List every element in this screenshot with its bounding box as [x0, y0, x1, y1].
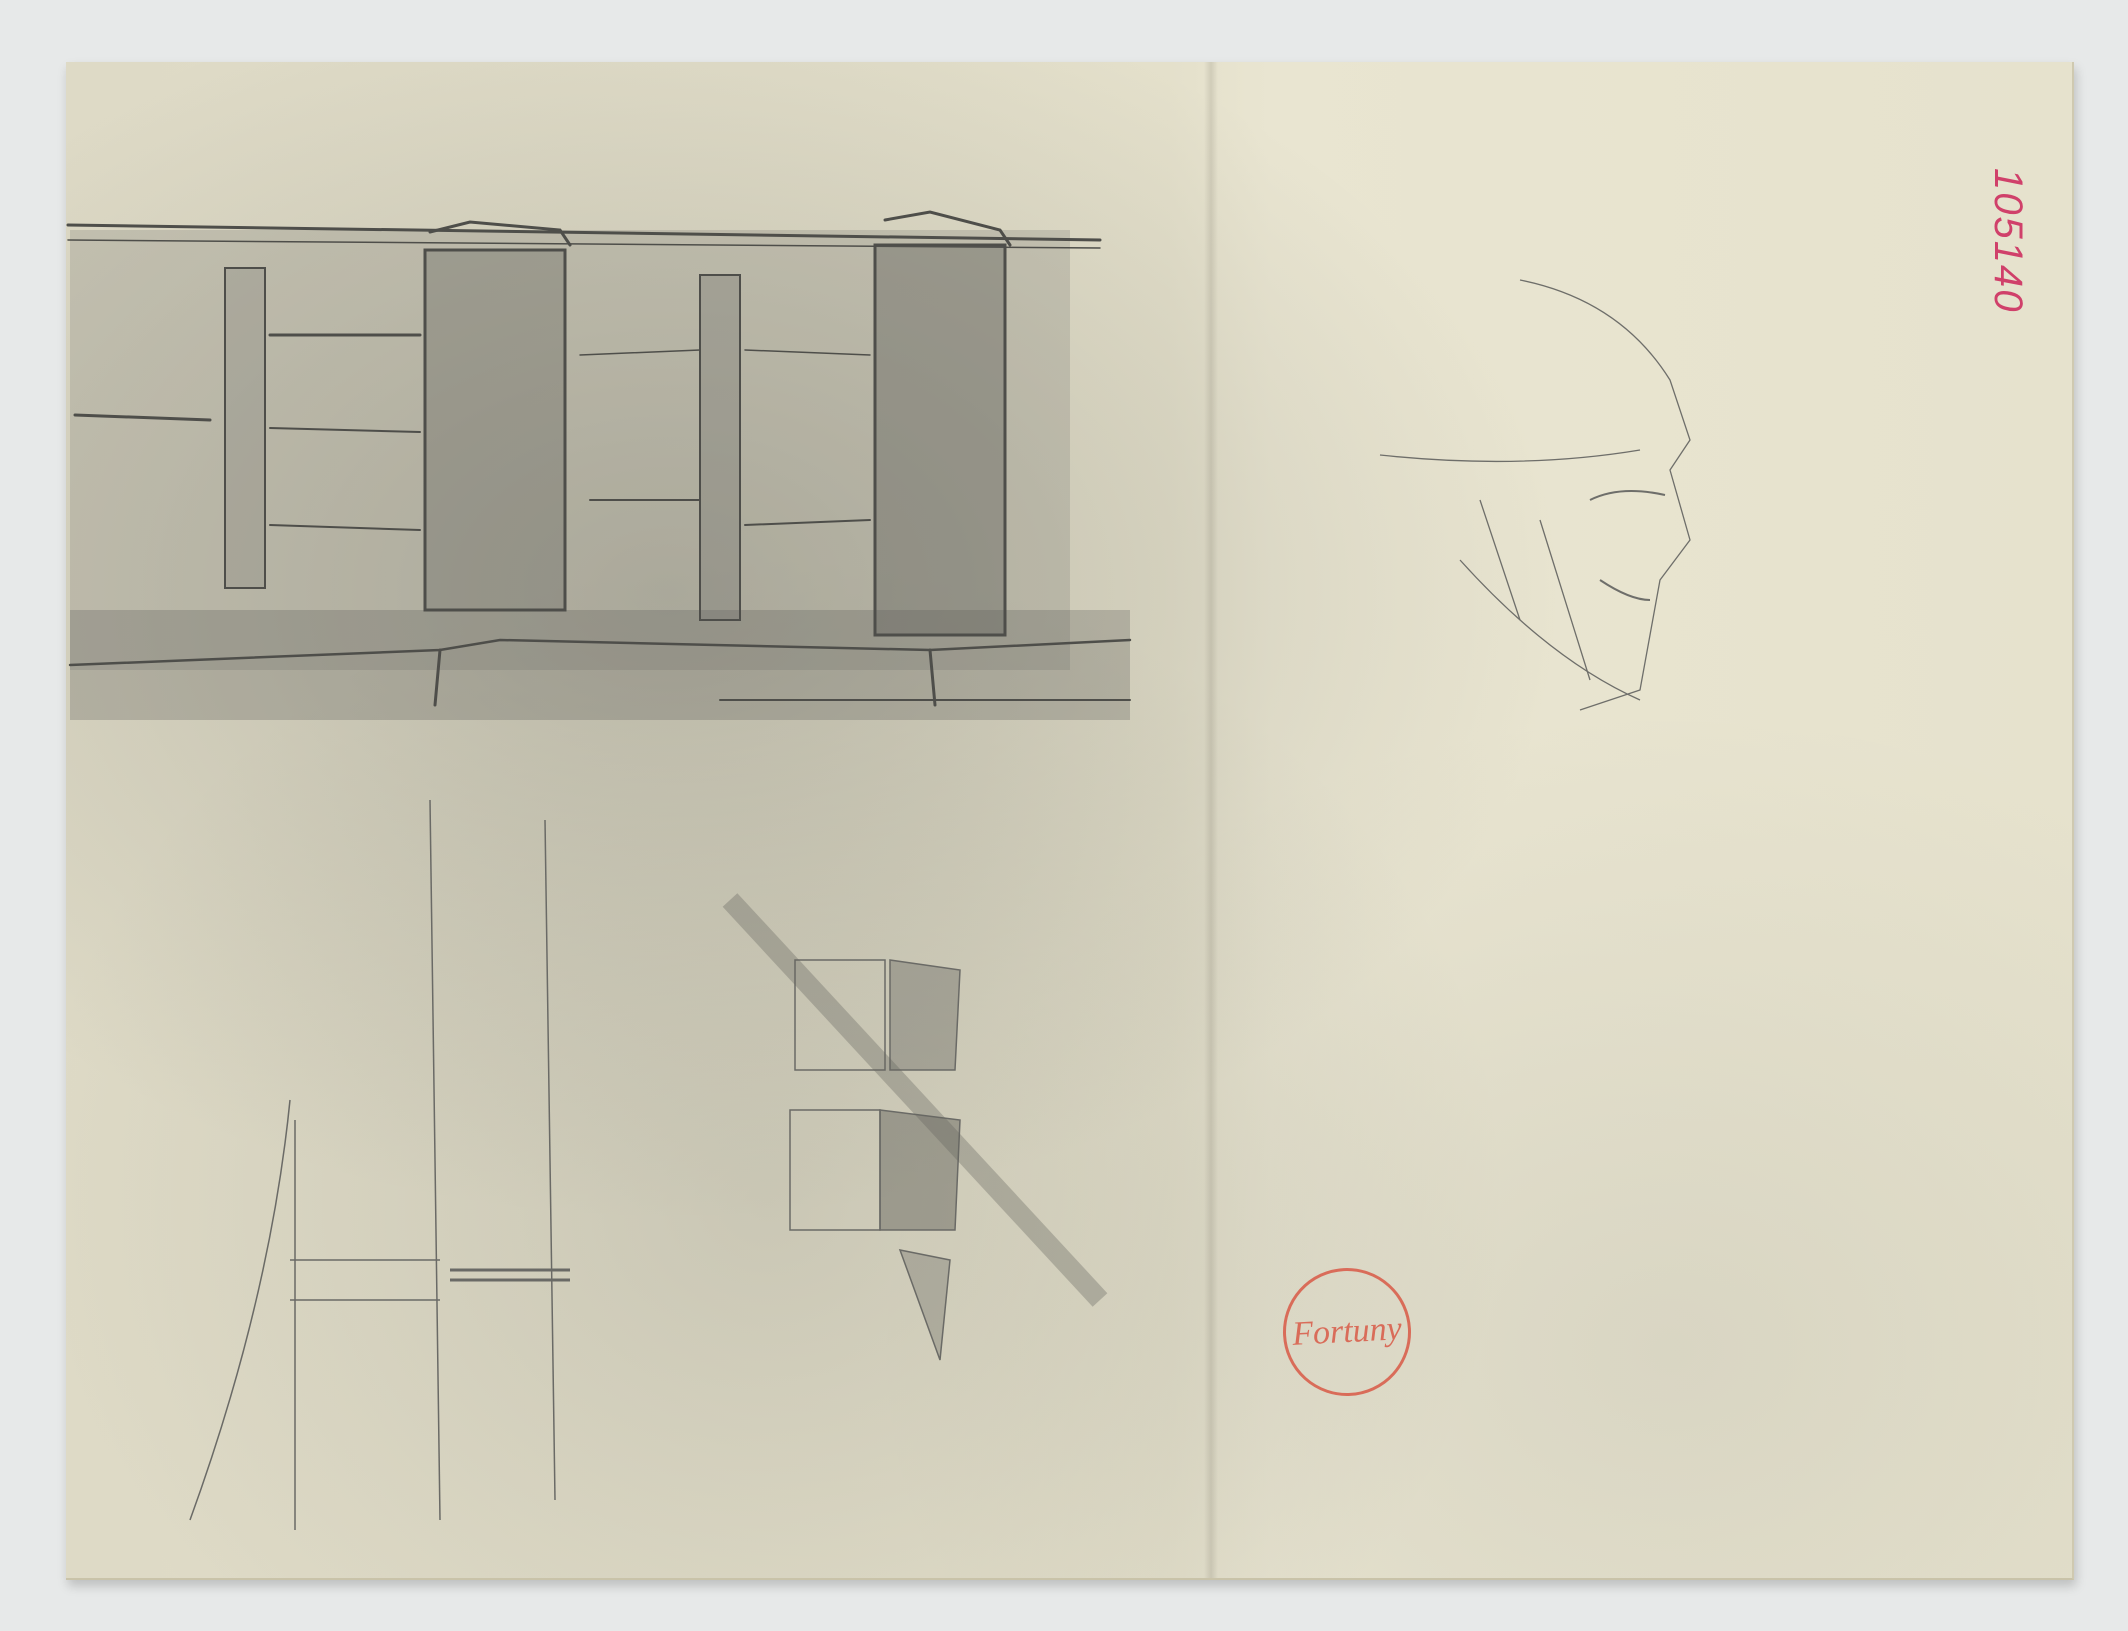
stamp-text: Fortuny [1291, 1310, 1402, 1354]
lower-architecture-sketch [190, 800, 1100, 1530]
pencil-sketch [0, 0, 2128, 1631]
fence-sketch [68, 212, 1130, 720]
head-profile-sketch [1380, 280, 1690, 710]
inventory-number: 105140 [1985, 168, 2030, 313]
